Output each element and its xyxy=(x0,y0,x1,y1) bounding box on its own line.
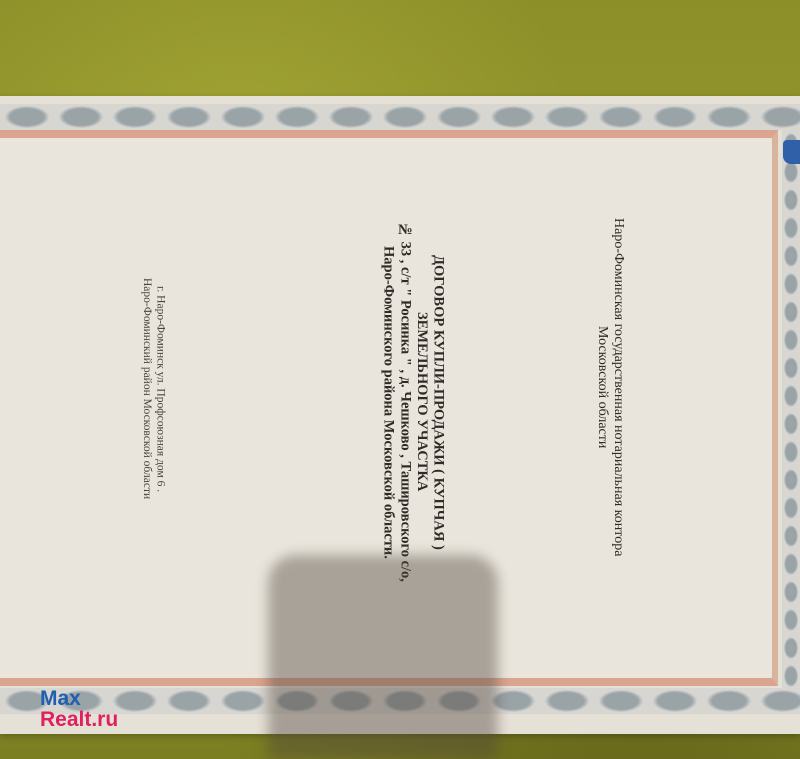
title-line-1: ДОГОВОР КУПЛИ-ПРОДАЖИ ( КУПЧАЯ ) xyxy=(430,222,447,582)
site-watermark: Max Realt.ru xyxy=(40,688,118,730)
issuer-line-2: Московской области xyxy=(594,218,610,556)
title-line-2: ЗЕМЕЛЬНОГО УЧАСТКА xyxy=(413,222,430,582)
hand-shadow xyxy=(268,555,498,759)
guilloche-border-right xyxy=(782,130,800,688)
document-title: ДОГОВОР КУПЛИ-ПРОДАЖИ ( КУПЧАЯ ) ЗЕМЕЛЬН… xyxy=(380,222,447,582)
guilloche-border-top xyxy=(0,104,800,130)
watermark-max: Max xyxy=(40,688,118,709)
title-line-3: № 33 , с/т " Росинка " , д. Чешково , Та… xyxy=(397,222,414,582)
office-address: г. Наро-Фоминск ул. Профсоюзная дом 6 . … xyxy=(140,278,166,499)
address-line-2: Наро-Фоминский район Московской области xyxy=(140,278,153,499)
watermark-realt: Realt.ru xyxy=(40,709,118,730)
title-line-4: Наро-Фоминского района Московской област… xyxy=(380,222,397,582)
paper-clip-icon xyxy=(783,140,800,164)
address-line-1: г. Наро-Фоминск ул. Профсоюзная дом 6 . xyxy=(153,278,166,499)
issuer-line-1: Наро-Фоминская государственная нотариаль… xyxy=(610,218,626,556)
issuer-heading: Наро-Фоминская государственная нотариаль… xyxy=(594,218,626,556)
